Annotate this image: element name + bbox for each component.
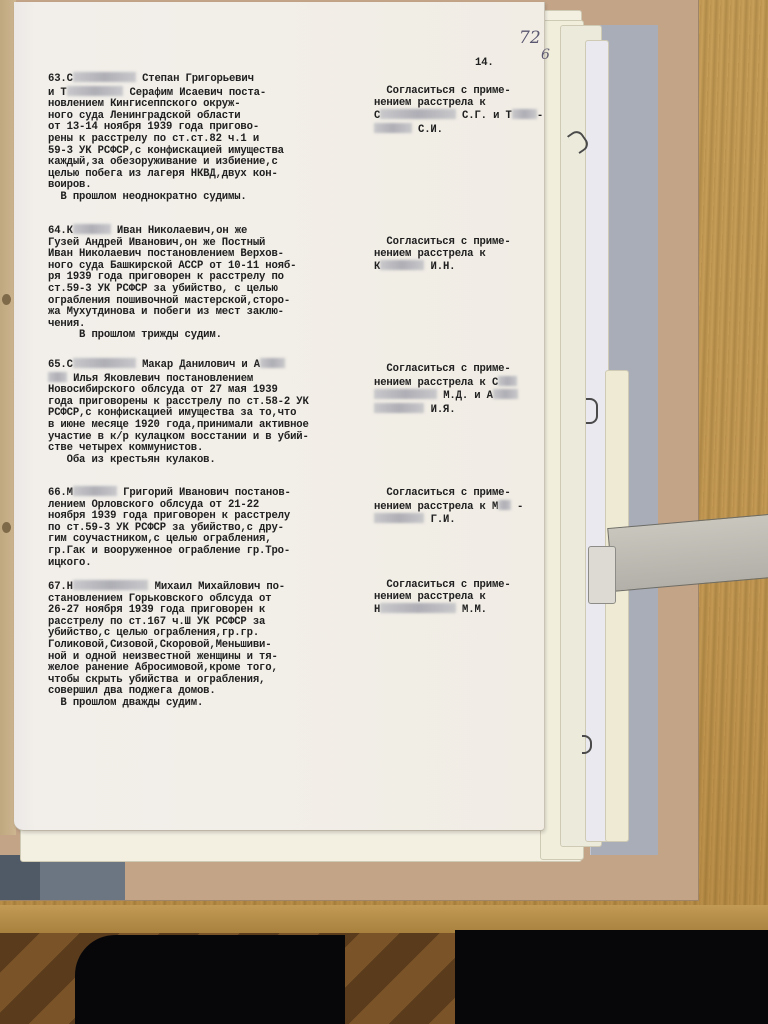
redacted-name	[374, 389, 437, 399]
left-line: Оба из крестьян кулаков.	[48, 455, 309, 467]
typed-text: рены к расстрелу по ст.ст.82 ч.1 и	[48, 133, 259, 145]
typed-text: становлением Горьковского облсуда от	[48, 593, 271, 605]
typed-text: Степан Григорьевич	[142, 73, 254, 85]
typed-text: В прошлом дважды судим.	[48, 697, 203, 709]
typed-text: нением расстрела к М	[374, 501, 498, 513]
typed-text: ноября 1939 года приговорен к расстрелу	[48, 510, 290, 522]
left-line: В прошлом дважды судим.	[48, 698, 285, 710]
typed-text: РСФСР,с конфискацией имущества за то,что	[48, 407, 296, 419]
typed-text: гим соучастником,с целью ограбления,	[48, 533, 271, 545]
shadow-right	[455, 930, 768, 1024]
typed-text: расстрелу по ст.167 ч.Ш УК РСФСР за	[48, 616, 265, 628]
typed-text: чения.	[48, 318, 85, 330]
entry-67-resolution: Согласиться с приме-нением расстрела кН …	[374, 580, 511, 617]
typed-text: Согласиться с приме-	[374, 363, 511, 375]
typed-text: 59-3 УК РСФСР,с конфискацией имущества	[48, 145, 284, 157]
entry-65-resolution: Согласиться с приме-нением расстрела к С…	[374, 364, 523, 416]
entry-66-text: 66.М Григорий Иванович постанов-лением О…	[48, 486, 291, 569]
typed-text: ной и одной неизвестной женщины и тя-	[48, 651, 278, 663]
shadow-left	[75, 935, 345, 1024]
typed-text: Оба из крестьян кулаков.	[48, 454, 216, 466]
redacted-name	[512, 109, 537, 119]
redacted-name	[73, 224, 111, 234]
entry-64-resolution: Согласиться с приме-нением расстрела кК …	[374, 237, 511, 274]
right-line: нением расстрела к	[374, 98, 543, 110]
typed-text: 63.С	[48, 73, 73, 85]
typed-text: ря 1939 года приговорен к расстрелу по	[48, 271, 284, 283]
right-line: Согласиться с приме-	[374, 364, 523, 376]
typed-text: нением расстрела к С	[374, 377, 498, 389]
left-line: В прошлом трижды судим.	[48, 330, 296, 342]
binder-hole	[2, 294, 11, 305]
page-stack-edge	[605, 370, 629, 842]
typed-text: ицкого.	[48, 557, 91, 569]
right-line: нением расстрела к М -	[374, 500, 523, 514]
typed-text: Гузей Андрей Иванович,он же Постный	[48, 237, 265, 249]
redacted-name	[380, 260, 424, 270]
typed-text: убийство,с целью ограбления,гр.гр.	[48, 627, 259, 639]
typed-text: совершил два поджега домов.	[48, 685, 216, 697]
typed-text: 65.С	[48, 359, 73, 371]
entry-66-resolution: Согласиться с приме-нением расстрела к М…	[374, 488, 523, 527]
typed-text: -	[537, 110, 543, 122]
typed-text: С.И.	[418, 124, 443, 136]
typed-text: стве четырех коммунистов.	[48, 442, 203, 454]
typed-text: И.Н.	[431, 261, 456, 273]
typed-text: желое ранение Абросимовой,кроме того,	[48, 662, 278, 674]
right-line: Согласиться с приме-	[374, 488, 523, 500]
left-line: 64.К Иван Николаевич,он же	[48, 224, 296, 238]
redacted-name	[380, 109, 456, 119]
typed-text: М.М.	[462, 604, 487, 616]
redacted-name	[498, 376, 517, 386]
redacted-name	[260, 358, 285, 368]
typed-text: и Т	[48, 87, 67, 99]
paperclip-icon	[586, 398, 598, 424]
typed-text: Макар Данилович и А	[142, 359, 260, 371]
typed-text: Григорий Иванович постанов-	[123, 487, 291, 499]
right-line: нением расстрела к	[374, 592, 511, 604]
typed-text: -	[517, 501, 523, 513]
typed-text: Согласиться с приме-	[374, 579, 511, 591]
redacted-name	[73, 358, 136, 368]
right-line: М.Д. и А	[374, 389, 523, 403]
redacted-name	[498, 500, 511, 510]
left-line: 67.Н Михаил Михайлович по-	[48, 580, 285, 594]
typed-text: Г.И.	[431, 514, 456, 526]
left-line: ицкого.	[48, 558, 291, 570]
redacted-name	[374, 403, 424, 413]
typed-text: каждый,за обезоруживание и избиение,с	[48, 156, 278, 168]
typed-text: ного суда Башкирской АССР от 10-11 нояб-	[48, 260, 296, 272]
typed-text: М.Д. и А	[443, 390, 493, 402]
redacted-name	[374, 123, 412, 133]
entry-63-text: 63.С Степан Григорьевичи Т Серафим Исаев…	[48, 72, 284, 204]
typed-text: ст.59-3 УК РСФСР за убийство, с целью	[48, 283, 278, 295]
redacted-name	[73, 486, 117, 496]
left-line: 66.М Григорий Иванович постанов-	[48, 486, 291, 500]
typed-text: ного суда Ленинградской области	[48, 110, 240, 122]
typed-text: С.Г. и Т	[462, 110, 512, 122]
left-line: 63.С Степан Григорьевич	[48, 72, 284, 86]
typed-text: И.Я.	[431, 404, 456, 416]
typed-text: нением расстрела к	[374, 97, 486, 109]
next-sheet-number: 6	[541, 47, 550, 63]
typed-text: Новосибирского облсуда от 27 мая 1939	[48, 384, 278, 396]
typed-text: жа Мухутдинова и побеги из мест заклю-	[48, 306, 284, 318]
typed-text: целью побега из лагеря НКВД,двух кон-	[48, 168, 278, 180]
typed-text: года приговорены к расстрелу по ст.58-2 …	[48, 396, 309, 408]
redacted-name	[73, 580, 149, 590]
right-line: Г.И.	[374, 513, 523, 527]
typed-text: новлением Кингисеппского окруж-	[48, 98, 240, 110]
clamp-cap	[588, 546, 616, 604]
typed-text: Михаил Михайлович по-	[155, 581, 285, 593]
typed-text: Иван Николаевич постановлением Верхов-	[48, 248, 284, 260]
typed-text: ограбления пошивочной мастерской,сторо-	[48, 295, 290, 307]
typed-text: Согласиться с приме-	[374, 487, 511, 499]
document-page[interactable]: 72 14. 63.С Степан Григорьевичи Т Серафи…	[14, 2, 545, 831]
redacted-name	[48, 372, 67, 382]
typed-text: нением расстрела к	[374, 591, 486, 603]
entry-63-resolution: Согласиться с приме-нением расстрела кС …	[374, 86, 543, 136]
typed-text: воиров.	[48, 179, 91, 191]
typed-text: от 13-14 ноября 1939 года пригово-	[48, 121, 259, 133]
typed-text: Согласиться с приме-	[374, 85, 511, 97]
left-line: В прошлом неоднократно судимы.	[48, 192, 284, 204]
right-line: С С.Г. и Т-	[374, 109, 543, 123]
typed-text: лением Орловского облсуда от 21-22	[48, 499, 259, 511]
right-line: С.И.	[374, 123, 543, 137]
typed-text: 66.М	[48, 487, 73, 499]
typed-text: гр.Гак и вооруженное ограбление гр.Тро-	[48, 545, 290, 557]
binder-hole	[2, 522, 11, 533]
metal-clamp-bar[interactable]	[607, 513, 768, 592]
right-line: Н М.М.	[374, 603, 511, 617]
redacted-name	[380, 603, 456, 613]
right-line: нением расстрела к С	[374, 376, 523, 390]
typed-text: 67.Н	[48, 581, 73, 593]
typed-text: по ст.59-3 УК РСФСР за убийство,с дру-	[48, 522, 284, 534]
typed-text: Серафим Исаевич поста-	[130, 87, 267, 99]
entry-65-text: 65.С Макар Данилович и А Илья Яковлевич …	[48, 358, 309, 466]
redacted-name	[493, 389, 518, 399]
typed-text: Илья Яковлевич постановлением	[73, 373, 253, 385]
typed-text: нением расстрела к	[374, 248, 486, 260]
left-line: и Т Серафим Исаевич поста-	[48, 86, 284, 100]
typed-text: В прошлом трижды судим.	[48, 329, 222, 341]
right-line: И.Я.	[374, 403, 523, 417]
archive-sheet-number: 72	[519, 28, 541, 48]
right-line: К И.Н.	[374, 260, 511, 274]
typed-text: чтобы скрыть убийства и ограбления,	[48, 674, 265, 686]
redacted-name	[374, 513, 424, 523]
page-number: 14.	[475, 58, 494, 70]
left-line: 65.С Макар Данилович и А	[48, 358, 309, 372]
redacted-name	[73, 72, 136, 82]
typed-text: Иван Николаевич,он же	[117, 225, 247, 237]
typed-text: В прошлом неоднократно судимы.	[48, 191, 247, 203]
typed-text: участие в к/р кулацком восстании и в уби…	[48, 431, 309, 443]
typed-text: 64.К	[48, 225, 73, 237]
typed-text: Согласиться с приме-	[374, 236, 511, 248]
typed-text: в июне месяце 1920 года,принимали активн…	[48, 419, 309, 431]
entry-67-text: 67.Н Михаил Михайлович по-становлением Г…	[48, 580, 285, 710]
entry-64-text: 64.К Иван Николаевич,он жеГузей Андрей И…	[48, 224, 296, 342]
typed-text: 26-27 ноября 1939 года приговорен к	[48, 604, 265, 616]
typed-text: Голиковой,Сизовой,Скоровой,Меньшиви-	[48, 639, 271, 651]
right-line: нением расстрела к	[374, 249, 511, 261]
redacted-name	[67, 86, 124, 96]
